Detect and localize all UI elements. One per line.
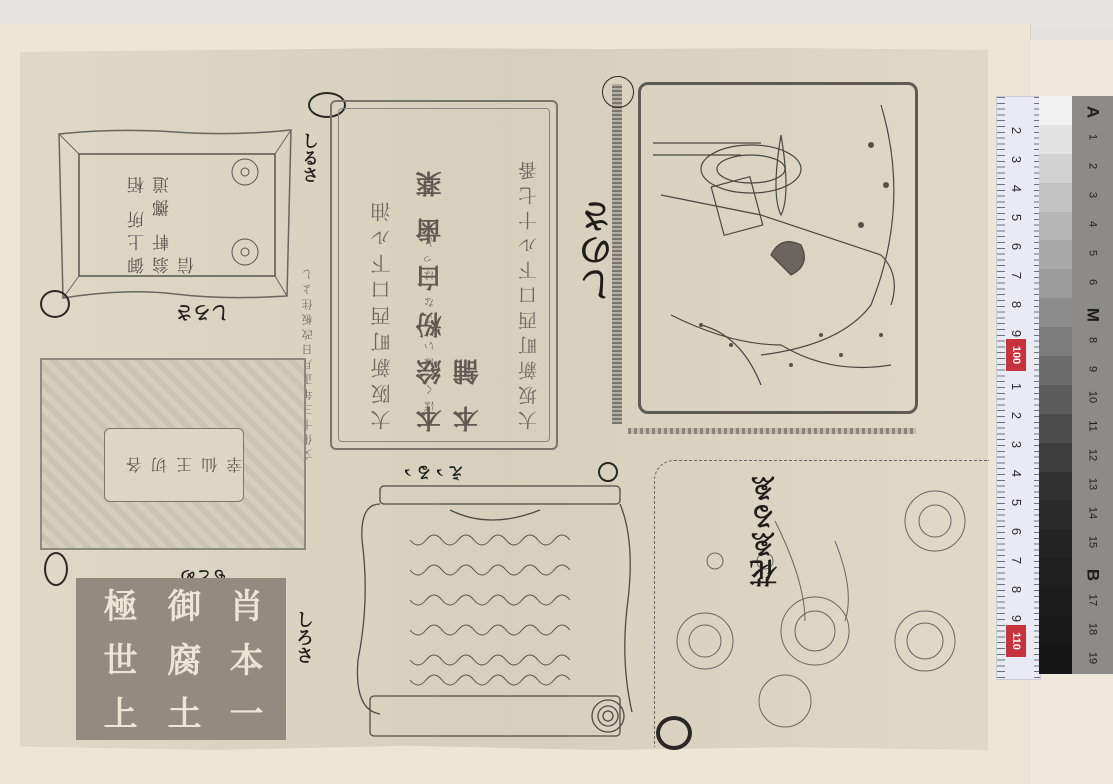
- label-text: 幸 仙 王 切 各: [124, 454, 242, 477]
- flower-inscription: 花ゑるゑ: [745, 475, 785, 587]
- scroll-outline-icon: [350, 480, 640, 742]
- bottom-left-stamp-panel: 肖 本 一 御 腐 土 極 世 上: [76, 578, 286, 740]
- circle-mark: [602, 76, 634, 108]
- gray-reference-card: A123456M89101112131415B171819: [1072, 96, 1113, 674]
- gray-step: [1039, 298, 1072, 327]
- ruler-label: 8: [1009, 586, 1024, 593]
- gray-step: [1039, 269, 1072, 298]
- circle-mark: [44, 552, 68, 586]
- brush-annotation: えゝるゝ: [400, 462, 464, 485]
- court-lady-illustration-icon: [641, 85, 915, 411]
- gray-step: [1039, 154, 1072, 183]
- stamp-text-column: 極 世 上: [93, 588, 142, 734]
- chrysanthemum-illustration-icon: [655, 461, 989, 747]
- stamp-text-column: 肖 本 一: [219, 588, 268, 734]
- scroll-panel: [350, 480, 640, 742]
- gray-step: [1039, 645, 1072, 674]
- background-wall: [0, 0, 1113, 26]
- circle-mark: [656, 716, 692, 750]
- gray-step: [1039, 96, 1072, 125]
- measurement-ruler: 2 3 4 5 6 7 8 9 100 1 2 3 4 5 6 7 8 9 11…: [996, 96, 1041, 680]
- brush-annotation: しのさ: [574, 200, 623, 302]
- gray-step: [1039, 500, 1072, 529]
- rubbed-strip: [628, 428, 916, 434]
- top-left-label-panel: 御上所 栢翁軒 擲道信: [55, 128, 295, 300]
- brush-annotation: しろさ: [290, 610, 316, 664]
- gray-step: [1039, 240, 1072, 269]
- ruler-badge: 110: [1006, 625, 1026, 657]
- gray-step: [1039, 529, 1072, 558]
- ruler-label: 2: [1009, 412, 1024, 419]
- flower-panel: 花ゑるゑ: [654, 460, 989, 747]
- gray-step: [1039, 125, 1072, 154]
- circle-mark: [598, 462, 618, 482]
- text-column: 大坂新町西口下ル十七番: [515, 120, 542, 430]
- ruler-label: 1: [1009, 383, 1024, 390]
- gray-step: [1039, 558, 1072, 587]
- ruler-label: 9: [1009, 615, 1024, 622]
- ruler-label: 7: [1009, 557, 1024, 564]
- brush-annotation: しるさ: [296, 132, 321, 183]
- ruler-label: 4: [1009, 470, 1024, 477]
- gray-step: [1039, 414, 1072, 443]
- brush-annotation: しろさ: [175, 300, 229, 326]
- ruler-label: 6: [1009, 243, 1024, 250]
- ruler-label: 2: [1009, 127, 1024, 134]
- ruler-label: 7: [1009, 272, 1024, 279]
- stamp-text-column: 御 腐 土: [157, 588, 206, 734]
- ruler-label: 3: [1009, 156, 1024, 163]
- ruler-label: 4: [1009, 185, 1024, 192]
- center-text-panel: 大坂新町西口下ル十七番 本 絵 粉 白 歯 薬 本 舗 ぼく はい こな はっと…: [330, 100, 558, 450]
- gray-step: [1039, 356, 1072, 385]
- ruler-label: 3: [1009, 441, 1024, 448]
- ruler-label: 5: [1009, 499, 1024, 506]
- gray-card-label: 19: [1087, 637, 1099, 678]
- gray-step: [1039, 183, 1072, 212]
- gray-step: [1039, 327, 1072, 356]
- gray-step: [1039, 472, 1072, 501]
- label-title-text: 御上所 栢翁軒 擲道信: [125, 164, 200, 274]
- gray-step: [1039, 443, 1072, 472]
- circle-mark: [40, 290, 70, 318]
- ruler-label: 6: [1009, 528, 1024, 535]
- patterned-label-panel: 幸 仙 王 切 各: [40, 358, 306, 550]
- gray-step: [1039, 616, 1072, 645]
- ruler-label: 9: [1009, 330, 1024, 337]
- text-column: ぼく はい こな はっと: [422, 152, 438, 412]
- grayscale-steps: [1039, 96, 1072, 674]
- gray-step: [1039, 212, 1072, 241]
- text-column: 大阪新町西口下ル油: [367, 120, 396, 430]
- ruler-badge: 100: [1006, 339, 1026, 371]
- ruler-label: 5: [1009, 214, 1024, 221]
- ruler-label: 8: [1009, 301, 1024, 308]
- gray-step: [1039, 587, 1072, 616]
- gray-step: [1039, 385, 1072, 414]
- illustration-panel: [638, 82, 918, 414]
